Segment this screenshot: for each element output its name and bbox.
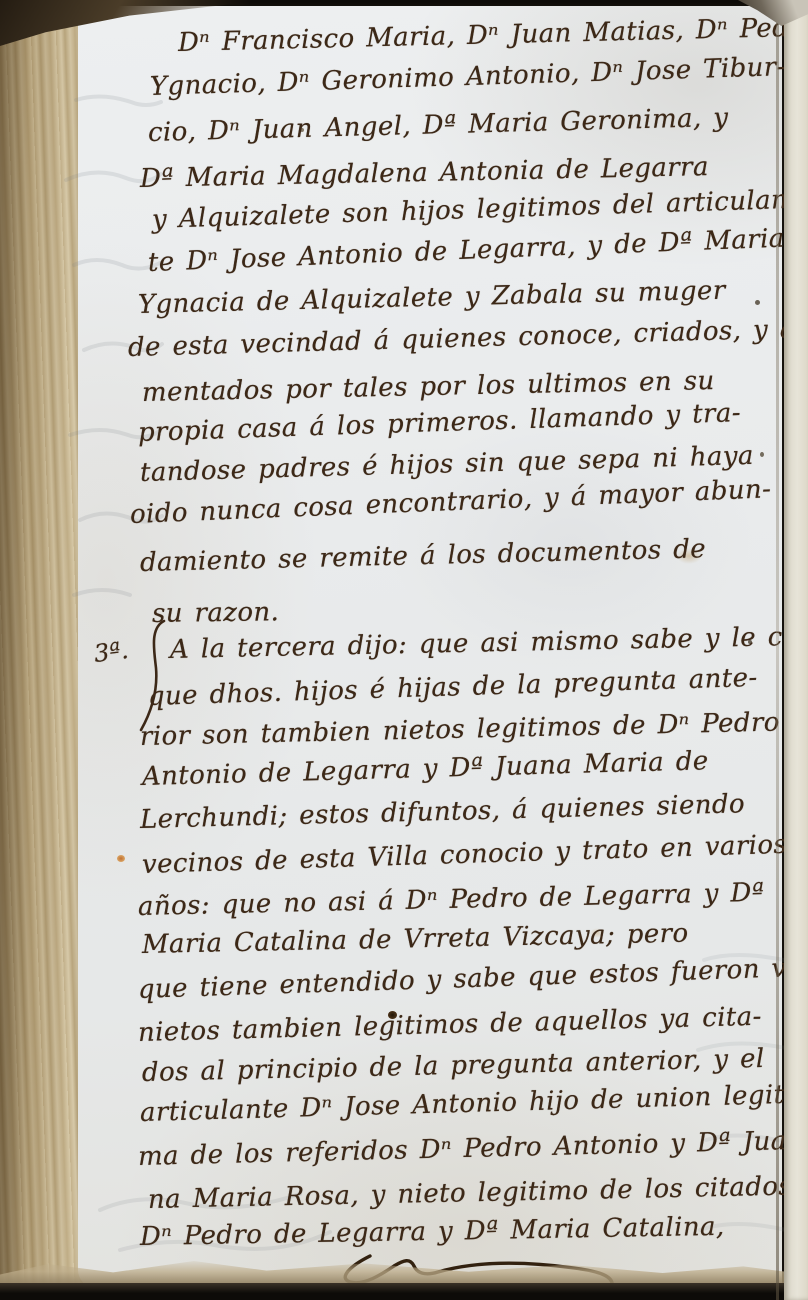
page-crease-line	[776, 0, 779, 1300]
scan-dark-border-bottom	[0, 1283, 808, 1300]
scanned-manuscript-page: Dⁿ Francisco Maria, Dⁿ Juan Matias, Dⁿ P…	[0, 0, 808, 1300]
foxing-spot	[117, 855, 125, 862]
section-brace-mark	[138, 618, 168, 733]
margin-article-number: 3ª.	[92, 636, 129, 668]
facing-page-edge	[784, 0, 808, 1300]
paper-speck	[760, 452, 764, 457]
paper-speck	[755, 300, 760, 305]
manuscript-line: su razon.	[152, 599, 280, 627]
